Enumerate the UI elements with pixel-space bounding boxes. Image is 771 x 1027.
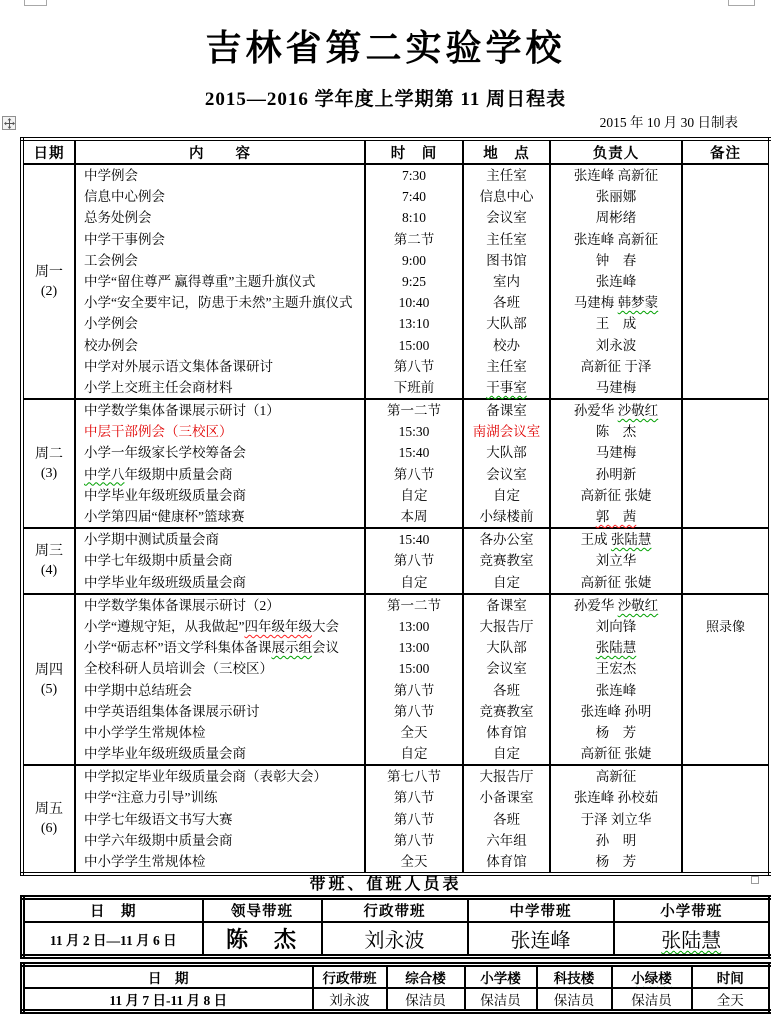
schedule-line: 中学拟定毕业年级质量会商（表彰大会） <box>76 766 364 787</box>
schedule-line: 会议室 <box>464 207 549 228</box>
note-cell <box>682 399 770 528</box>
schedule-line: 中学“注意力引导”训练 <box>76 787 364 808</box>
schedule-line <box>683 766 768 787</box>
day-label: 周五(6) <box>22 765 75 874</box>
duty-weekend-data-row: 11 月 7 日-11 月 8 日刘永波保洁员保洁员保洁员保洁员全天 <box>23 988 771 1012</box>
duty-value-cell: 刘永波 <box>313 988 387 1012</box>
schedule-line: 大队部 <box>464 313 549 334</box>
schedule-line: 小学期中测试质量会商 <box>76 529 364 550</box>
schedule-line: 小学“砺志杯”语文学科集体备课展示组会议 <box>76 637 364 658</box>
schedule-line: 会议室 <box>464 658 549 679</box>
schedule-line: 各办公室 <box>464 529 549 550</box>
note-cell <box>682 164 770 399</box>
schedule-line: 郭 茜 <box>551 506 681 527</box>
schedule-line: 中学毕业年级班级质量会商 <box>76 743 364 764</box>
duty-header-cell: 小学楼 <box>465 965 537 989</box>
schedule-line: 高新征 张婕 <box>551 572 681 593</box>
duty-value-cell: 陈 杰 <box>203 922 322 957</box>
header-time: 时 间 <box>365 139 463 164</box>
schedule-line <box>683 421 768 442</box>
duty-value-cell: 保洁员 <box>465 988 537 1012</box>
duty-header-cell: 领导带班 <box>203 898 322 923</box>
schedule-line <box>683 165 768 186</box>
schedule-line: 15:40 <box>366 442 462 463</box>
schedule-line: 高新征 <box>551 766 681 787</box>
duty-header-cell: 日 期 <box>23 965 313 989</box>
schedule-line: 中学毕业年级班级质量会商 <box>76 485 364 506</box>
schedule-line <box>683 485 768 506</box>
schedule-line <box>683 637 768 658</box>
schedule-line: 马建梅 韩梦蒙 <box>551 292 681 313</box>
duty-value-cell: 张陆慧 <box>614 922 771 957</box>
place-cell: 主任室信息中心会议室主任室图书馆室内各班大队部校办主任室干事室 <box>463 164 550 399</box>
schedule-line: 中学六年级期中质量会商 <box>76 830 364 851</box>
schedule-line: 大报告厅 <box>464 616 549 637</box>
schedule-line: 13:10 <box>366 313 462 334</box>
schedule-line: 自定 <box>366 743 462 764</box>
schedule-line <box>683 809 768 830</box>
schedule-line: 第八节 <box>366 550 462 571</box>
schedule-line: 主任室 <box>464 165 549 186</box>
schedule-line: 竞赛教室 <box>464 550 549 571</box>
schedule-line: 小学例会 <box>76 313 364 334</box>
time-cell: 第七八节第八节第八节第八节全天 <box>365 765 463 874</box>
schedule-line <box>683 595 768 616</box>
schedule-line: 中小学学生常规体检 <box>76 851 364 872</box>
schedule-line: 第七八节 <box>366 766 462 787</box>
schedule-line: 自定 <box>366 485 462 506</box>
duty-value-cell: 张连峰 <box>468 922 614 957</box>
schedule-line: 第八节 <box>366 701 462 722</box>
schedule-line: 中学八年级期中质量会商 <box>76 464 364 485</box>
schedule-line: 孙爱华 沙敬红 <box>551 400 681 421</box>
day-group-row: 周三(4)小学期中测试质量会商中学七年级期中质量会商中学毕业年级班级质量会商15… <box>22 528 770 594</box>
schedule-line <box>683 335 768 356</box>
content-cell: 中学例会信息中心例会总务处例会中学干事例会工会例会中学“留住尊严 赢得尊重”主题… <box>75 164 365 399</box>
schedule-line <box>683 356 768 377</box>
schedule-line <box>683 550 768 571</box>
place-cell: 备课室大报告厅大队部会议室各班竞赛教室体育馆自定 <box>463 594 550 766</box>
schedule-line: 高新征 张婕 <box>551 743 681 764</box>
duty-value-cell: 11 月 7 日-11 月 8 日 <box>23 988 313 1012</box>
schedule-line: 校办例会 <box>76 335 364 356</box>
schedule-line: 中学英语组集体备课展示研讨 <box>76 701 364 722</box>
time-cell: 第一二节15:3015:40第八节自定本周 <box>365 399 463 528</box>
day-label: 周三(4) <box>22 528 75 594</box>
schedule-line: 13:00 <box>366 616 462 637</box>
schedule-line: 杨 芳 <box>551 722 681 743</box>
schedule-line <box>683 506 768 527</box>
schedule-line: 马建梅 <box>551 442 681 463</box>
schedule-line <box>683 271 768 292</box>
schedule-line: 备课室 <box>464 595 549 616</box>
duty-value-cell: 全天 <box>692 988 771 1012</box>
schedule-line <box>683 787 768 808</box>
person-cell: 孙爱华 沙敬红刘向锋张陆慧王宏杰张连峰张连峰 孙明杨 芳高新征 张婕 <box>550 594 682 766</box>
schedule-line: 周彬绪 <box>551 207 681 228</box>
schedule-line <box>683 207 768 228</box>
schedule-line: 15:00 <box>366 335 462 356</box>
schedule-line: 体育馆 <box>464 851 549 872</box>
schedule-line: 第八节 <box>366 464 462 485</box>
day-group-row: 周五(6)中学拟定毕业年级质量会商（表彰大会）中学“注意力引导”训练中学七年级语… <box>22 765 770 874</box>
schedule-line: 室内 <box>464 271 549 292</box>
schedule-line: 7:30 <box>366 165 462 186</box>
duty-value-cell: 刘永波 <box>322 922 468 957</box>
header-person: 负责人 <box>550 139 682 164</box>
schedule-header-row: 日期 内 容 时 间 地 点 负责人 备注 <box>22 139 770 164</box>
schedule-line: 自定 <box>464 572 549 593</box>
schedule-line: 各班 <box>464 680 549 701</box>
schedule-line: 15:00 <box>366 658 462 679</box>
schedule-line: 8:10 <box>366 207 462 228</box>
schedule-line: 中学对外展示语文集体备课研讨 <box>76 356 364 377</box>
schedule-line: 南湖会议室 <box>464 421 549 442</box>
schedule-line: 干事室 <box>464 377 549 398</box>
schedule-line: 王宏杰 <box>551 658 681 679</box>
duty-week-header-row: 日 期领导带班行政带班中学带班小学带班 <box>23 898 771 923</box>
time-cell: 7:307:408:10第二节9:009:2510:4013:1015:00第八… <box>365 164 463 399</box>
person-cell: 张连峰 高新征张丽娜周彬绪张连峰 高新征钟 春张连峰马建梅 韩梦蒙王 成刘永波高… <box>550 164 682 399</box>
day-label: 周四(5) <box>22 594 75 766</box>
schedule-line: 10:40 <box>366 292 462 313</box>
duty-week-data-row: 11 月 2 日—11 月 6 日陈 杰刘永波张连峰张陆慧 <box>23 922 771 957</box>
duty-header-cell: 行政带班 <box>322 898 468 923</box>
schedule-line: 张陆慧 <box>551 637 681 658</box>
schedule-line: 高新征 张婕 <box>551 485 681 506</box>
schedule-line: 小学“遵规守矩，从我做起”四年级年级大会 <box>76 616 364 637</box>
schedule-line: 各班 <box>464 292 549 313</box>
duty-header-cell: 中学带班 <box>468 898 614 923</box>
schedule-line: 第八节 <box>366 809 462 830</box>
duty-value-cell: 保洁员 <box>537 988 612 1012</box>
schedule-line: 张连峰 孙明 <box>551 701 681 722</box>
content-cell: 小学期中测试质量会商中学七年级期中质量会商中学毕业年级班级质量会商 <box>75 528 365 594</box>
schedule-line: 孙 明 <box>551 830 681 851</box>
schedule-line: 会议室 <box>464 464 549 485</box>
duty-table-weekend: 日 期行政带班综合楼小学楼科技楼小绿楼时间 11 月 7 日-11 月 8 日刘… <box>20 962 771 1014</box>
duty-header-cell: 综合楼 <box>387 965 465 989</box>
duty-header-cell: 日 期 <box>23 898 203 923</box>
schedule-subtitle: 2015—2016 学年度上学期第 11 周日程表 <box>0 84 771 111</box>
header-place: 地 点 <box>463 139 550 164</box>
schedule-line: 体育馆 <box>464 722 549 743</box>
header-date: 日期 <box>22 139 75 164</box>
note-cell <box>682 528 770 594</box>
schedule-line: 王 成 <box>551 313 681 334</box>
day-group-row: 周二(3)中学数学集体备课展示研讨（1）中层干部例会（三校区）小学一年级家长学校… <box>22 399 770 528</box>
person-cell: 孙爱华 沙敬红陈 杰马建梅孙明新高新征 张婕郭 茜 <box>550 399 682 528</box>
schedule-line: 15:30 <box>366 421 462 442</box>
schedule-line: 小学上交班主任会商材料 <box>76 377 364 398</box>
content-cell: 中学拟定毕业年级质量会商（表彰大会）中学“注意力引导”训练中学七年级语文书写大赛… <box>75 765 365 874</box>
schedule-line <box>683 529 768 550</box>
schedule-table: 日期 内 容 时 间 地 点 负责人 备注 周一(2)中学例会信息中心例会总务处… <box>20 137 771 876</box>
schedule-line: 刘立华 <box>551 550 681 571</box>
schedule-line: 孙明新 <box>551 464 681 485</box>
schedule-line: 全校科研人员培训会（三校区） <box>76 658 364 679</box>
schedule-line: 信息中心 <box>464 186 549 207</box>
table-move-handle-icon[interactable] <box>2 116 16 130</box>
schedule-line: 张连峰 <box>551 680 681 701</box>
schedule-line: 杨 芳 <box>551 851 681 872</box>
schedule-line <box>683 680 768 701</box>
header-content: 内 容 <box>75 139 365 164</box>
table-resize-handle[interactable] <box>751 876 759 884</box>
schedule-line <box>683 250 768 271</box>
schedule-line <box>683 701 768 722</box>
schedule-line <box>683 377 768 398</box>
place-cell: 大报告厅小备课室各班六年组体育馆 <box>463 765 550 874</box>
schedule-line: 自定 <box>464 485 549 506</box>
schedule-line: 中小学学生常规体检 <box>76 722 364 743</box>
page-edge-artifact-left <box>24 0 47 6</box>
place-cell: 各办公室竞赛教室自定 <box>463 528 550 594</box>
duty-weekend-header-row: 日 期行政带班综合楼小学楼科技楼小绿楼时间 <box>23 965 771 989</box>
duty-header-cell: 科技楼 <box>537 965 612 989</box>
duty-header-cell: 时间 <box>692 965 771 989</box>
schedule-line: 中学例会 <box>76 165 364 186</box>
schedule-line: 刘向锋 <box>551 616 681 637</box>
schedule-line: 信息中心例会 <box>76 186 364 207</box>
schedule-line: 中学数学集体备课展示研讨（2） <box>76 595 364 616</box>
schedule-line <box>683 658 768 679</box>
note-cell <box>682 765 770 874</box>
schedule-line: 陈 杰 <box>551 421 681 442</box>
person-cell: 王成 张陆慧刘立华高新征 张婕 <box>550 528 682 594</box>
schedule-line <box>683 722 768 743</box>
schedule-line: 13:00 <box>366 637 462 658</box>
schedule-line: 第八节 <box>366 356 462 377</box>
schedule-line: 中学数学集体备课展示研讨（1） <box>76 400 364 421</box>
schedule-line: 第一二节 <box>366 400 462 421</box>
schedule-line: 张连峰 高新征 <box>551 229 681 250</box>
schedule-line: 竞赛教室 <box>464 701 549 722</box>
schedule-line: 15:40 <box>366 529 462 550</box>
school-title: 吉林省第二实验学校 <box>0 20 771 71</box>
schedule-line: 张连峰 <box>551 271 681 292</box>
header-note: 备注 <box>682 139 770 164</box>
schedule-line <box>683 851 768 872</box>
schedule-line: 张丽娜 <box>551 186 681 207</box>
day-label: 周二(3) <box>22 399 75 528</box>
schedule-line: 图书馆 <box>464 250 549 271</box>
place-cell: 备课室南湖会议室大队部会议室自定小绿楼前 <box>463 399 550 528</box>
schedule-line <box>683 464 768 485</box>
schedule-line: 中学七年级期中质量会商 <box>76 550 364 571</box>
duty-value-cell: 保洁员 <box>387 988 465 1012</box>
schedule-line: 备课室 <box>464 400 549 421</box>
schedule-line <box>683 830 768 851</box>
note-cell: 照录像 <box>682 594 770 766</box>
schedule-line: 9:25 <box>366 271 462 292</box>
schedule-line: 第八节 <box>366 830 462 851</box>
schedule-line: 主任室 <box>464 229 549 250</box>
day-label: 周一(2) <box>22 164 75 399</box>
person-cell: 高新征张连峰 孙校茹于泽 刘立华孙 明杨 芳 <box>550 765 682 874</box>
schedule-line: 张连峰 孙校茹 <box>551 787 681 808</box>
schedule-line <box>683 186 768 207</box>
schedule-line <box>683 229 768 250</box>
schedule-line: 各班 <box>464 809 549 830</box>
schedule-body: 周一(2)中学例会信息中心例会总务处例会中学干事例会工会例会中学“留住尊严 赢得… <box>22 164 770 874</box>
schedule-line: 总务处例会 <box>76 207 364 228</box>
schedule-line: 工会例会 <box>76 250 364 271</box>
schedule-line: 照录像 <box>683 616 768 637</box>
date-note: 2015 年 10 月 30 日制表 <box>600 111 738 131</box>
schedule-line: 自定 <box>464 743 549 764</box>
schedule-line: 中学干事例会 <box>76 229 364 250</box>
schedule-line: 钟 春 <box>551 250 681 271</box>
document-page: 吉林省第二实验学校 2015—2016 学年度上学期第 11 周日程表 2015… <box>0 0 771 1027</box>
schedule-line: 第一二节 <box>366 595 462 616</box>
schedule-line: 张连峰 高新征 <box>551 165 681 186</box>
duty-header-cell: 行政带班 <box>313 965 387 989</box>
duty-value-cell: 11 月 2 日—11 月 6 日 <box>23 922 203 957</box>
schedule-line: 中层干部例会（三校区） <box>76 421 364 442</box>
schedule-line: 小学“安全要牢记，防患于未然”主题升旗仪式 <box>76 292 364 313</box>
schedule-line: 本周 <box>366 506 462 527</box>
four-way-arrow-icon <box>4 118 15 129</box>
schedule-line: 全天 <box>366 722 462 743</box>
schedule-line <box>683 572 768 593</box>
schedule-line: 第八节 <box>366 680 462 701</box>
schedule-line: 全天 <box>366 851 462 872</box>
time-cell: 15:40第八节自定 <box>365 528 463 594</box>
content-cell: 中学数学集体备课展示研讨（2）小学“遵规守矩，从我做起”四年级年级大会小学“砺志… <box>75 594 365 766</box>
schedule-line: 第二节 <box>366 229 462 250</box>
schedule-line: 大队部 <box>464 442 549 463</box>
schedule-line: 王成 张陆慧 <box>551 529 681 550</box>
schedule-line: 中学七年级语文书写大赛 <box>76 809 364 830</box>
schedule-line: 第八节 <box>366 787 462 808</box>
time-cell: 第一二节13:0013:0015:00第八节第八节全天自定 <box>365 594 463 766</box>
schedule-line <box>683 292 768 313</box>
schedule-line: 刘永波 <box>551 335 681 356</box>
schedule-line: 高新征 于泽 <box>551 356 681 377</box>
day-group-row: 周一(2)中学例会信息中心例会总务处例会中学干事例会工会例会中学“留住尊严 赢得… <box>22 164 770 399</box>
schedule-line: 小学一年级家长学校筹备会 <box>76 442 364 463</box>
schedule-line: 六年组 <box>464 830 549 851</box>
schedule-line: 中学期中总结班会 <box>76 680 364 701</box>
schedule-line: 马建梅 <box>551 377 681 398</box>
schedule-line: 小绿楼前 <box>464 506 549 527</box>
schedule-line: 小备课室 <box>464 787 549 808</box>
schedule-line: 大报告厅 <box>464 766 549 787</box>
schedule-line: 7:40 <box>366 186 462 207</box>
day-group-row: 周四(5)中学数学集体备课展示研讨（2）小学“遵规守矩，从我做起”四年级年级大会… <box>22 594 770 766</box>
duty-value-cell: 保洁员 <box>612 988 692 1012</box>
schedule-line: 孙爱华 沙敬红 <box>551 595 681 616</box>
duty-table-week: 日 期领导带班行政带班中学带班小学带班 11 月 2 日—11 月 6 日陈 杰… <box>20 895 771 959</box>
schedule-line <box>683 743 768 764</box>
schedule-line: 下班前 <box>366 377 462 398</box>
schedule-line: 于泽 刘立华 <box>551 809 681 830</box>
schedule-line: 大队部 <box>464 637 549 658</box>
schedule-line: 校办 <box>464 335 549 356</box>
page-edge-artifact-right <box>728 0 755 6</box>
schedule-line: 小学第四届“健康杯”篮球赛 <box>76 506 364 527</box>
schedule-line: 中学“留住尊严 赢得尊重”主题升旗仪式 <box>76 271 364 292</box>
schedule-line <box>683 442 768 463</box>
schedule-line: 主任室 <box>464 356 549 377</box>
schedule-line: 自定 <box>366 572 462 593</box>
schedule-line: 9:00 <box>366 250 462 271</box>
content-cell: 中学数学集体备课展示研讨（1）中层干部例会（三校区）小学一年级家长学校筹备会中学… <box>75 399 365 528</box>
duty-section-title: 带班、值班人员表 <box>0 871 771 894</box>
schedule-line: 中学毕业年级班级质量会商 <box>76 572 364 593</box>
schedule-line <box>683 400 768 421</box>
duty-header-cell: 小学带班 <box>614 898 771 923</box>
schedule-line <box>683 313 768 334</box>
duty-header-cell: 小绿楼 <box>612 965 692 989</box>
